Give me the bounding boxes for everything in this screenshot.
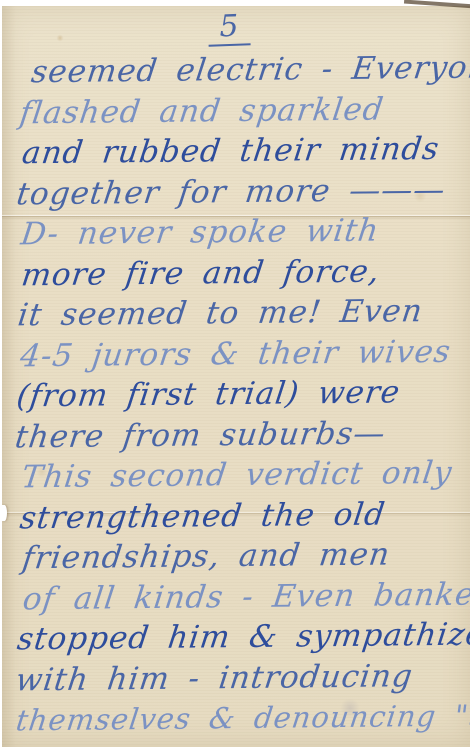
handwriting-line: D- never spoke with [2,209,470,255]
letter-page: 5 seemed electric - Everyone flashed and… [2,6,470,747]
handwriting-line: there from suburbs— [3,412,470,458]
handwriting-line: of all kinds - Even bankers [4,574,470,620]
page-number: 5 [207,9,250,46]
handwriting-line: it seemed to me! Even [2,290,470,336]
handwriting-line: seemed electric - Everyone [2,47,470,93]
handwriting-line: with him - introducing [5,655,470,701]
scanned-letter: 5 seemed electric - Everyone flashed and… [0,0,470,751]
handwriting-line: strengthened the old [3,493,470,539]
handwriting-line: (from first trial) were [2,371,470,417]
handwriting-line: flashed and sparkled [2,88,470,134]
handwriting-block: seemed electric - Everyone flashed and s… [2,48,470,741]
handwriting-line: together for more ——— [2,169,470,215]
handwriting-line: themselves & denouncing "this gang [6,695,470,741]
handwriting-line: 4-5 jurors & their wives [2,331,470,377]
handwriting-line: and rubbed their minds [2,128,470,174]
handwriting-line: stopped him & sympathized [5,614,470,660]
handwriting-line: more fire and force, [2,250,470,296]
handwriting-line: friendships, and men [4,533,470,579]
handwriting-line: This second verdict only [3,452,470,498]
